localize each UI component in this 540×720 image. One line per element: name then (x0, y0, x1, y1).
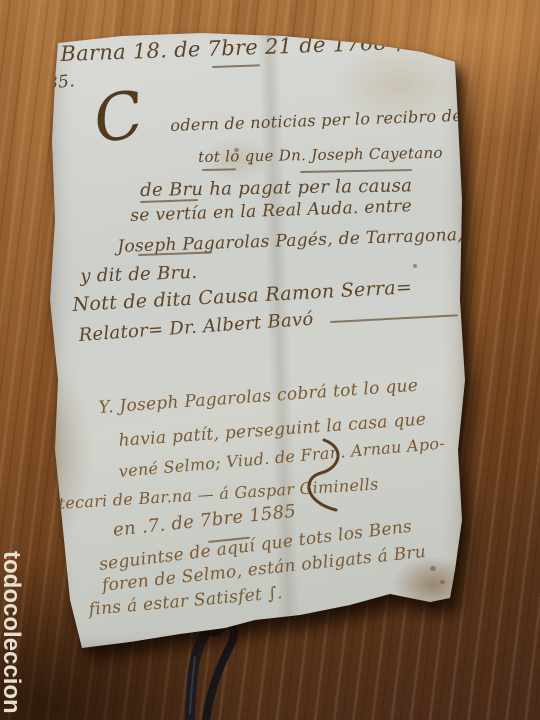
paper-stain (234, 148, 239, 152)
photo-of-manuscript: { "watermark": { "text": "todocoleccion"… (0, 0, 540, 720)
paper-stain (248, 162, 252, 165)
manuscript-line: Y. Joseph Pagarolas cobrá tot lo que (98, 376, 419, 418)
spine-thread (49, 492, 54, 508)
ink-underline (300, 169, 412, 173)
spine-thread (46, 466, 53, 486)
manuscript-line: y dit de Bru. (80, 262, 198, 287)
todocoleccion-watermark: todocoleccion (0, 551, 25, 720)
paper-stain (413, 264, 417, 268)
manuscript-page: Barna 18. de 7bre 21 de 1768 † 85. C ode… (42, 28, 467, 653)
manuscript-line: odern de noticias per lo recibro de (170, 106, 462, 135)
manuscript-date-line: Barna 18. de 7bre 21 de 1768 † (60, 30, 405, 66)
folio-number: 85. (46, 71, 76, 94)
calligraphic-initial: C (88, 77, 149, 158)
paper-stain (430, 566, 436, 571)
ink-underline (212, 64, 260, 68)
ink-underline (202, 168, 236, 171)
paper-stain (440, 580, 445, 584)
manuscript-line: tot lo que Dn. Joseph Cayetano (198, 144, 443, 166)
ink-flourish-line (330, 314, 458, 322)
spine-thread (56, 604, 63, 622)
ink-brace-flourish (294, 436, 354, 518)
manuscript-line: Relator= Dr. Albert Bavó (78, 309, 314, 346)
